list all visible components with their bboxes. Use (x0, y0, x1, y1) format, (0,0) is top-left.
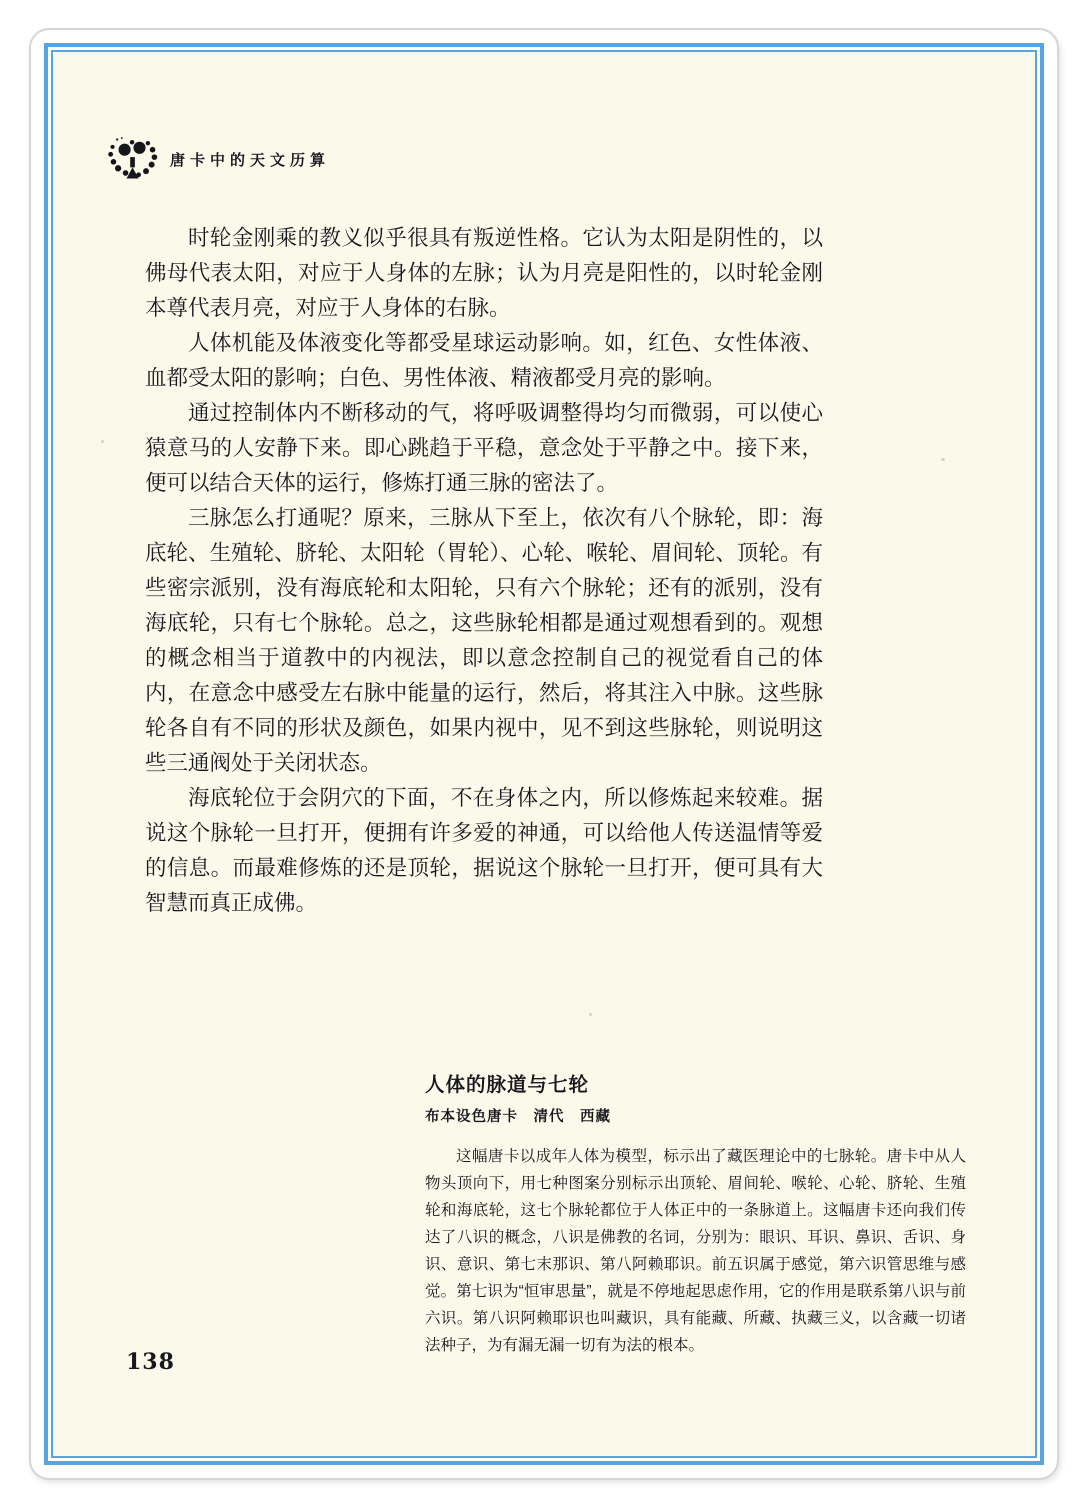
dot-cluster-emblem-icon (106, 134, 160, 184)
figure-caption-block: 人体的脉道与七轮 布本设色唐卡 清代 西藏 这幅唐卡以成年人体为模型，标示出了藏… (425, 1069, 966, 1359)
paragraph: 通过控制体内不断移动的气，将呼吸调整得均匀而微弱，可以使心猿意马的人安静下来。即… (145, 396, 823, 501)
paragraph: 人体机能及体液变化等都受星球运动影响。如，红色、女性体液、血都受太阳的影响；白色… (145, 326, 823, 396)
figure-caption-subtitle: 布本设色唐卡 清代 西藏 (425, 1105, 966, 1126)
body-text-block: 时轮金刚乘的教义似乎很具有叛逆性格。它认为太阳是阴性的，以佛母代表太阳，对应于人… (145, 221, 823, 921)
dust-speck (941, 458, 945, 461)
paragraph: 时轮金刚乘的教义似乎很具有叛逆性格。它认为太阳是阴性的，以佛母代表太阳，对应于人… (145, 221, 823, 326)
dust-speck (101, 440, 104, 443)
figure-caption-text: 这幅唐卡以成年人体为模型，标示出了藏医理论中的七脉轮。唐卡中从人物头顶向下，用七… (425, 1143, 966, 1359)
paragraph: 三脉怎么打通呢？原来，三脉从下至上，依次有八个脉轮，即：海底轮、生殖轮、脐轮、太… (145, 501, 823, 781)
page-number: 138 (126, 1349, 175, 1375)
figure-caption-title: 人体的脉道与七轮 (425, 1069, 966, 1097)
book-page: 唐卡中的天文历算 时轮金刚乘的教义似乎很具有叛逆性格。它认为太阳是阴性的，以佛母… (0, 0, 1088, 1512)
dust-speck (589, 1013, 592, 1016)
paragraph: 海底轮位于会阴穴的下面，不在身体之内，所以修炼起来较难。据说这个脉轮一旦打开，便… (145, 781, 823, 921)
running-header: 唐卡中的天文历算 (106, 133, 330, 185)
running-header-title: 唐卡中的天文历算 (170, 149, 330, 170)
